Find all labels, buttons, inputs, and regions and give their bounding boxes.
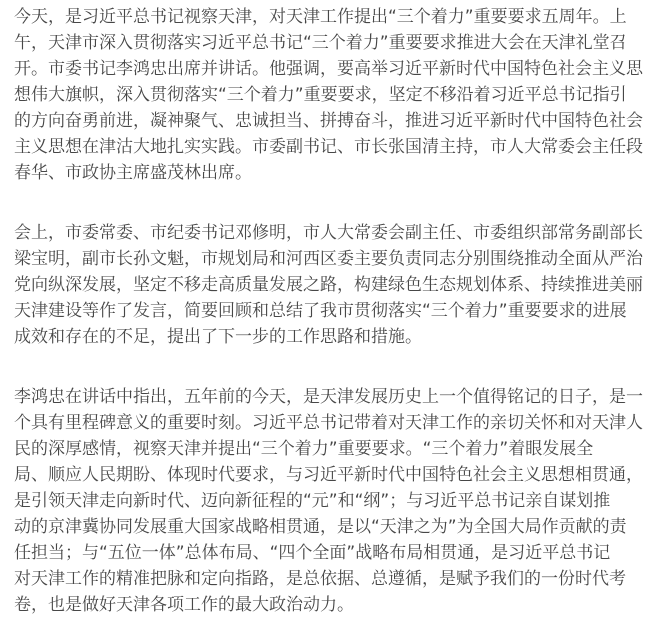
text-line: 个具有里程碑意义的重要时刻。习近平总书记带着对天津工作的亲切关怀和对天津人 xyxy=(14,410,662,436)
text-line: 午，天津市深入贯彻落实习近平总书记“三个着力”重要要求推进大会在天津礼堂召 xyxy=(14,30,662,56)
text-line: 卷，也是做好天津各项工作的最大政治动力。 xyxy=(14,592,662,618)
text-line: 是引领天津走向新时代、迈向新征程的“元”和“纲”；与习近平总书记亲自谋划推 xyxy=(14,488,662,514)
text-line: 会上，市委常委、市纪委书记邓修明，市人大常委会副主任、市委组织部常务副部长 xyxy=(14,220,662,246)
text-line: 任担当；与“五位一体”总体布局、“四个全面”战略布局相贯通，是习近平总书记 xyxy=(14,540,662,566)
article-body: 今天，是习近平总书记视察天津，对天津工作提出“三个着力”重要要求五周年。上午，天… xyxy=(0,0,670,618)
text-line: 李鸿忠在讲话中指出，五年前的今天，是天津发展历史上一个值得铭记的日子，是一 xyxy=(14,384,662,410)
text-line: 今天，是习近平总书记视察天津，对天津工作提出“三个着力”重要要求五周年。上 xyxy=(14,4,662,30)
text-line: 对天津工作的精准把脉和定向指路，是总依据、总遵循，是赋予我们的一份时代考 xyxy=(14,566,662,592)
paragraph: 李鸿忠在讲话中指出，五年前的今天，是天津发展历史上一个值得铭记的日子，是一个具有… xyxy=(14,384,662,618)
text-line: 主义思想在津沽大地扎实实践。市委副书记、市长张国清主持，市人大常委会主任段 xyxy=(14,134,662,160)
text-line: 成效和存在的不足，提出了下一步的工作思路和措施。 xyxy=(14,324,662,350)
text-line: 的方向奋勇前进，凝神聚气、忠诚担当、拼搏奋斗，推进习近平新时代中国特色社会 xyxy=(14,108,662,134)
text-line: 春华、市政协主席盛茂林出席。 xyxy=(14,160,662,186)
text-line: 民的深厚感情，视察天津并提出“三个着力”重要要求。“三个着力”着眼发展全 xyxy=(14,436,662,462)
text-line: 梁宝明，副市长孙文魁，市规划局和河西区委主要负责同志分别围绕推动全面从严治 xyxy=(14,246,662,272)
text-line: 局、顺应人民期盼、体现时代要求，与习近平新时代中国特色社会主义思想相贯通， xyxy=(14,462,662,488)
text-line: 动的京津冀协同发展重大国家战略相贯通，是以“天津之为”为全国大局作贡献的责 xyxy=(14,514,662,540)
text-line: 开。市委书记李鸿忠出席并讲话。他强调，要高举习近平新时代中国特色社会主义思 xyxy=(14,56,662,82)
text-line: 想伟大旗帜，深入贯彻落实“三个着力”重要要求，坚定不移沿着习近平总书记指引 xyxy=(14,82,662,108)
paragraph: 今天，是习近平总书记视察天津，对天津工作提出“三个着力”重要要求五周年。上午，天… xyxy=(14,4,662,186)
text-line: 党向纵深发展，坚定不移走高质量发展之路，构建绿色生态规划体系、持续推进美丽 xyxy=(14,272,662,298)
paragraph: 会上，市委常委、市纪委书记邓修明，市人大常委会副主任、市委组织部常务副部长梁宝明… xyxy=(14,220,662,350)
text-line: 天津建设等作了发言，简要回顾和总结了我市贯彻落实“三个着力”重要要求的进展 xyxy=(14,298,662,324)
